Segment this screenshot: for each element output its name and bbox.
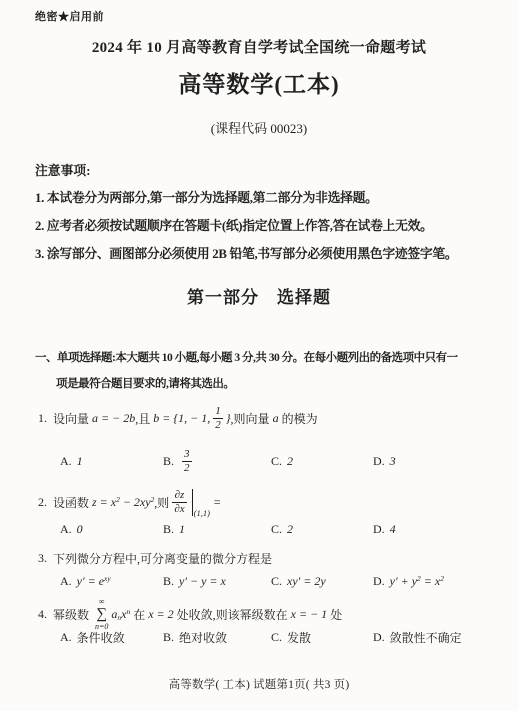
q3-option-b: B.y′ − y = x xyxy=(163,574,271,589)
question-4-text: 在 xyxy=(130,606,148,623)
notice-item-1: 1. 本试卷分为两部分,第一部分为选择题,第二部分为非选择题。 xyxy=(35,187,378,206)
vertical-bar xyxy=(192,489,193,516)
option-label: C. xyxy=(271,454,282,469)
fraction: 32 xyxy=(182,448,192,474)
math-fragment: y′ + y xyxy=(390,574,417,588)
question-2-text: 设函数 xyxy=(53,494,92,511)
option-value: 0 xyxy=(77,522,83,537)
fraction-denominator: 2 xyxy=(213,418,223,432)
option-value: 4 xyxy=(390,522,396,537)
q1-option-d: D.3 xyxy=(373,454,396,469)
question-1: 1. 设向量 a = − 2b ,且 b = {1, − 1, 12 } ,则向… xyxy=(38,400,318,436)
exam-title: 高等数学(工本) xyxy=(0,66,518,99)
math-fragment: x = 2 xyxy=(148,607,173,622)
math-superscript: xy xyxy=(104,573,111,582)
question-4-text: 处 xyxy=(327,606,342,623)
option-value: 发散 xyxy=(287,629,311,646)
question-4-options: A.条件收敛 B.绝对收敛 C.发散 D.敛散性不确定 xyxy=(60,628,462,646)
math-formula: anxn xyxy=(111,607,130,622)
option-label: A. xyxy=(60,574,72,589)
option-label: A. xyxy=(60,522,72,537)
question-1-number: 1. xyxy=(38,411,47,426)
option-value: 3 xyxy=(390,454,396,469)
q4-option-c: C.发散 xyxy=(271,629,373,646)
question-2-options: A.0 B.1 C.2 D.4 xyxy=(60,520,396,538)
notice-item-3: 3. 涂写部分、画图部分必须使用 2B 铅笔,书写部分必须使用黑色字迹签字笔。 xyxy=(35,243,457,262)
option-label: A. xyxy=(60,630,72,645)
q1-option-a: A.1 xyxy=(60,454,163,469)
exam-session-title: 2024 年 10 月高等教育自学考试全国统一命题考试 xyxy=(0,36,518,57)
instruction-line-2: 项是最符合题目要求的,请将其选出。 xyxy=(56,375,234,391)
option-label: C. xyxy=(271,630,282,645)
question-1-text: 设向量 xyxy=(53,410,92,427)
evaluation-point: (1,1) xyxy=(194,508,210,518)
option-label: C. xyxy=(271,522,282,537)
option-value: 敛散性不确定 xyxy=(390,629,462,646)
q3-option-c: C.xy′ = 2y xyxy=(271,574,373,589)
math-fragment: z = x xyxy=(92,495,116,509)
option-label: D. xyxy=(373,522,385,537)
option-value: xy′ = 2y xyxy=(287,574,326,589)
q2-option-b: B.1 xyxy=(163,522,271,537)
question-3-number: 3. xyxy=(38,551,47,566)
question-4-number: 4. xyxy=(38,607,47,622)
summation-upper-limit: ∞ xyxy=(99,598,105,606)
fraction-denominator: ∂x xyxy=(172,502,186,516)
math-fragment: x = − 1 xyxy=(291,607,328,622)
page-footer: 高等数学( 工本) 试题第1页( 共3 页) xyxy=(0,676,518,692)
math-fragment: b = {1, − 1, xyxy=(153,411,210,426)
option-value: 1 xyxy=(179,522,185,537)
question-1-text: ,则向量 xyxy=(231,410,273,427)
course-code: (课程代码 00023) xyxy=(0,118,518,137)
exam-paper-page: 绝密★启用前 2024 年 10 月高等教育自学考试全国统一命题考试 高等数学(… xyxy=(0,0,518,711)
option-value: 绝对收敛 xyxy=(179,629,227,646)
option-value: 1 xyxy=(77,454,83,469)
option-label: D. xyxy=(373,454,385,469)
math-fragment: − 2xy xyxy=(120,495,151,509)
math-fragment: = x xyxy=(421,574,440,588)
question-2: 2. 设函数 z = x2 − 2xy2 ,则 ∂z∂x (1,1) = xyxy=(38,484,221,520)
option-value: 条件收敛 xyxy=(77,629,125,646)
q2-option-c: C.2 xyxy=(271,522,373,537)
question-1-text: 的模为 xyxy=(279,410,318,427)
evaluation-bar: (1,1) xyxy=(192,489,210,516)
option-value: 2 xyxy=(287,454,293,469)
question-1-options: A.1 B.32 C.2 D.3 xyxy=(60,444,396,478)
question-4: 4. 幂级数 ∞∑n=0 anxn 在 x = 2 处收敛,则该幂级数在 x =… xyxy=(38,597,342,631)
instruction-line-1: 一、单项选择题:本大题共 10 小题,每小题 3 分,共 30 分。在每小题列出… xyxy=(35,349,458,365)
fraction-numerator: 1 xyxy=(213,405,223,418)
q1-option-b: B.32 xyxy=(163,448,271,474)
classification-label: 绝密★启用前 xyxy=(35,8,104,24)
option-label: B. xyxy=(163,522,174,537)
q4-option-b: B.绝对收敛 xyxy=(163,629,271,646)
option-label: B. xyxy=(163,630,174,645)
question-1-text: ,且 xyxy=(135,410,153,427)
section-title: 第一部分 选择题 xyxy=(0,283,518,308)
option-value: 2 xyxy=(287,522,293,537)
question-4-text: 处收敛,则该幂级数在 xyxy=(174,606,291,623)
math-superscript: 2 xyxy=(440,573,444,582)
option-label: A. xyxy=(60,454,72,469)
q4-option-a: A.条件收敛 xyxy=(60,629,163,646)
fraction-denominator: 2 xyxy=(182,461,192,475)
math-fragment: y′ = e xyxy=(77,574,104,588)
fraction-numerator: ∂z xyxy=(173,489,187,502)
question-4-text: 幂级数 xyxy=(53,606,92,623)
fraction: ∂z∂x xyxy=(172,489,186,515)
question-3-text: 下列微分方程中,可分离变量的微分方程是 xyxy=(53,550,272,567)
question-2-number: 2. xyxy=(38,495,47,510)
q1-option-c: C.2 xyxy=(271,454,373,469)
q3-option-a: A.y′ = exy xyxy=(60,574,163,589)
option-label: B. xyxy=(163,574,174,589)
question-2-text: ,则 xyxy=(154,494,169,511)
q2-option-a: A.0 xyxy=(60,522,163,537)
fraction-numerator: 3 xyxy=(182,448,192,461)
q2-option-d: D.4 xyxy=(373,522,396,537)
q3-option-d: D.y′ + y2 = x2 xyxy=(373,574,444,589)
sigma-icon: ∑ xyxy=(96,607,107,622)
notice-item-2: 2. 应考者必须按试题顺序在答题卡(纸)指定位置上作答,答在试卷上无效。 xyxy=(35,215,433,234)
notices-heading: 注意事项: xyxy=(35,160,90,179)
math-formula: z = x2 − 2xy2 xyxy=(92,495,154,510)
option-label: B. xyxy=(163,454,174,469)
option-label: C. xyxy=(271,574,282,589)
summation-symbol: ∞∑n=0 xyxy=(95,598,108,631)
question-3-options: A.y′ = exy B.y′ − y = x C.xy′ = 2y D.y′ … xyxy=(60,572,444,590)
option-value: y′ + y2 = x2 xyxy=(390,574,444,589)
q4-option-d: D.敛散性不确定 xyxy=(373,629,462,646)
math-fragment: = xyxy=(210,495,221,510)
option-value: y′ − y = x xyxy=(179,574,226,589)
math-fragment: a = − 2b xyxy=(92,411,135,426)
option-value: y′ = exy xyxy=(77,574,111,589)
fraction: 12 xyxy=(213,405,223,431)
question-3: 3. 下列微分方程中,可分离变量的微分方程是 xyxy=(38,549,272,567)
option-label: D. xyxy=(373,630,385,645)
option-label: D. xyxy=(373,574,385,589)
